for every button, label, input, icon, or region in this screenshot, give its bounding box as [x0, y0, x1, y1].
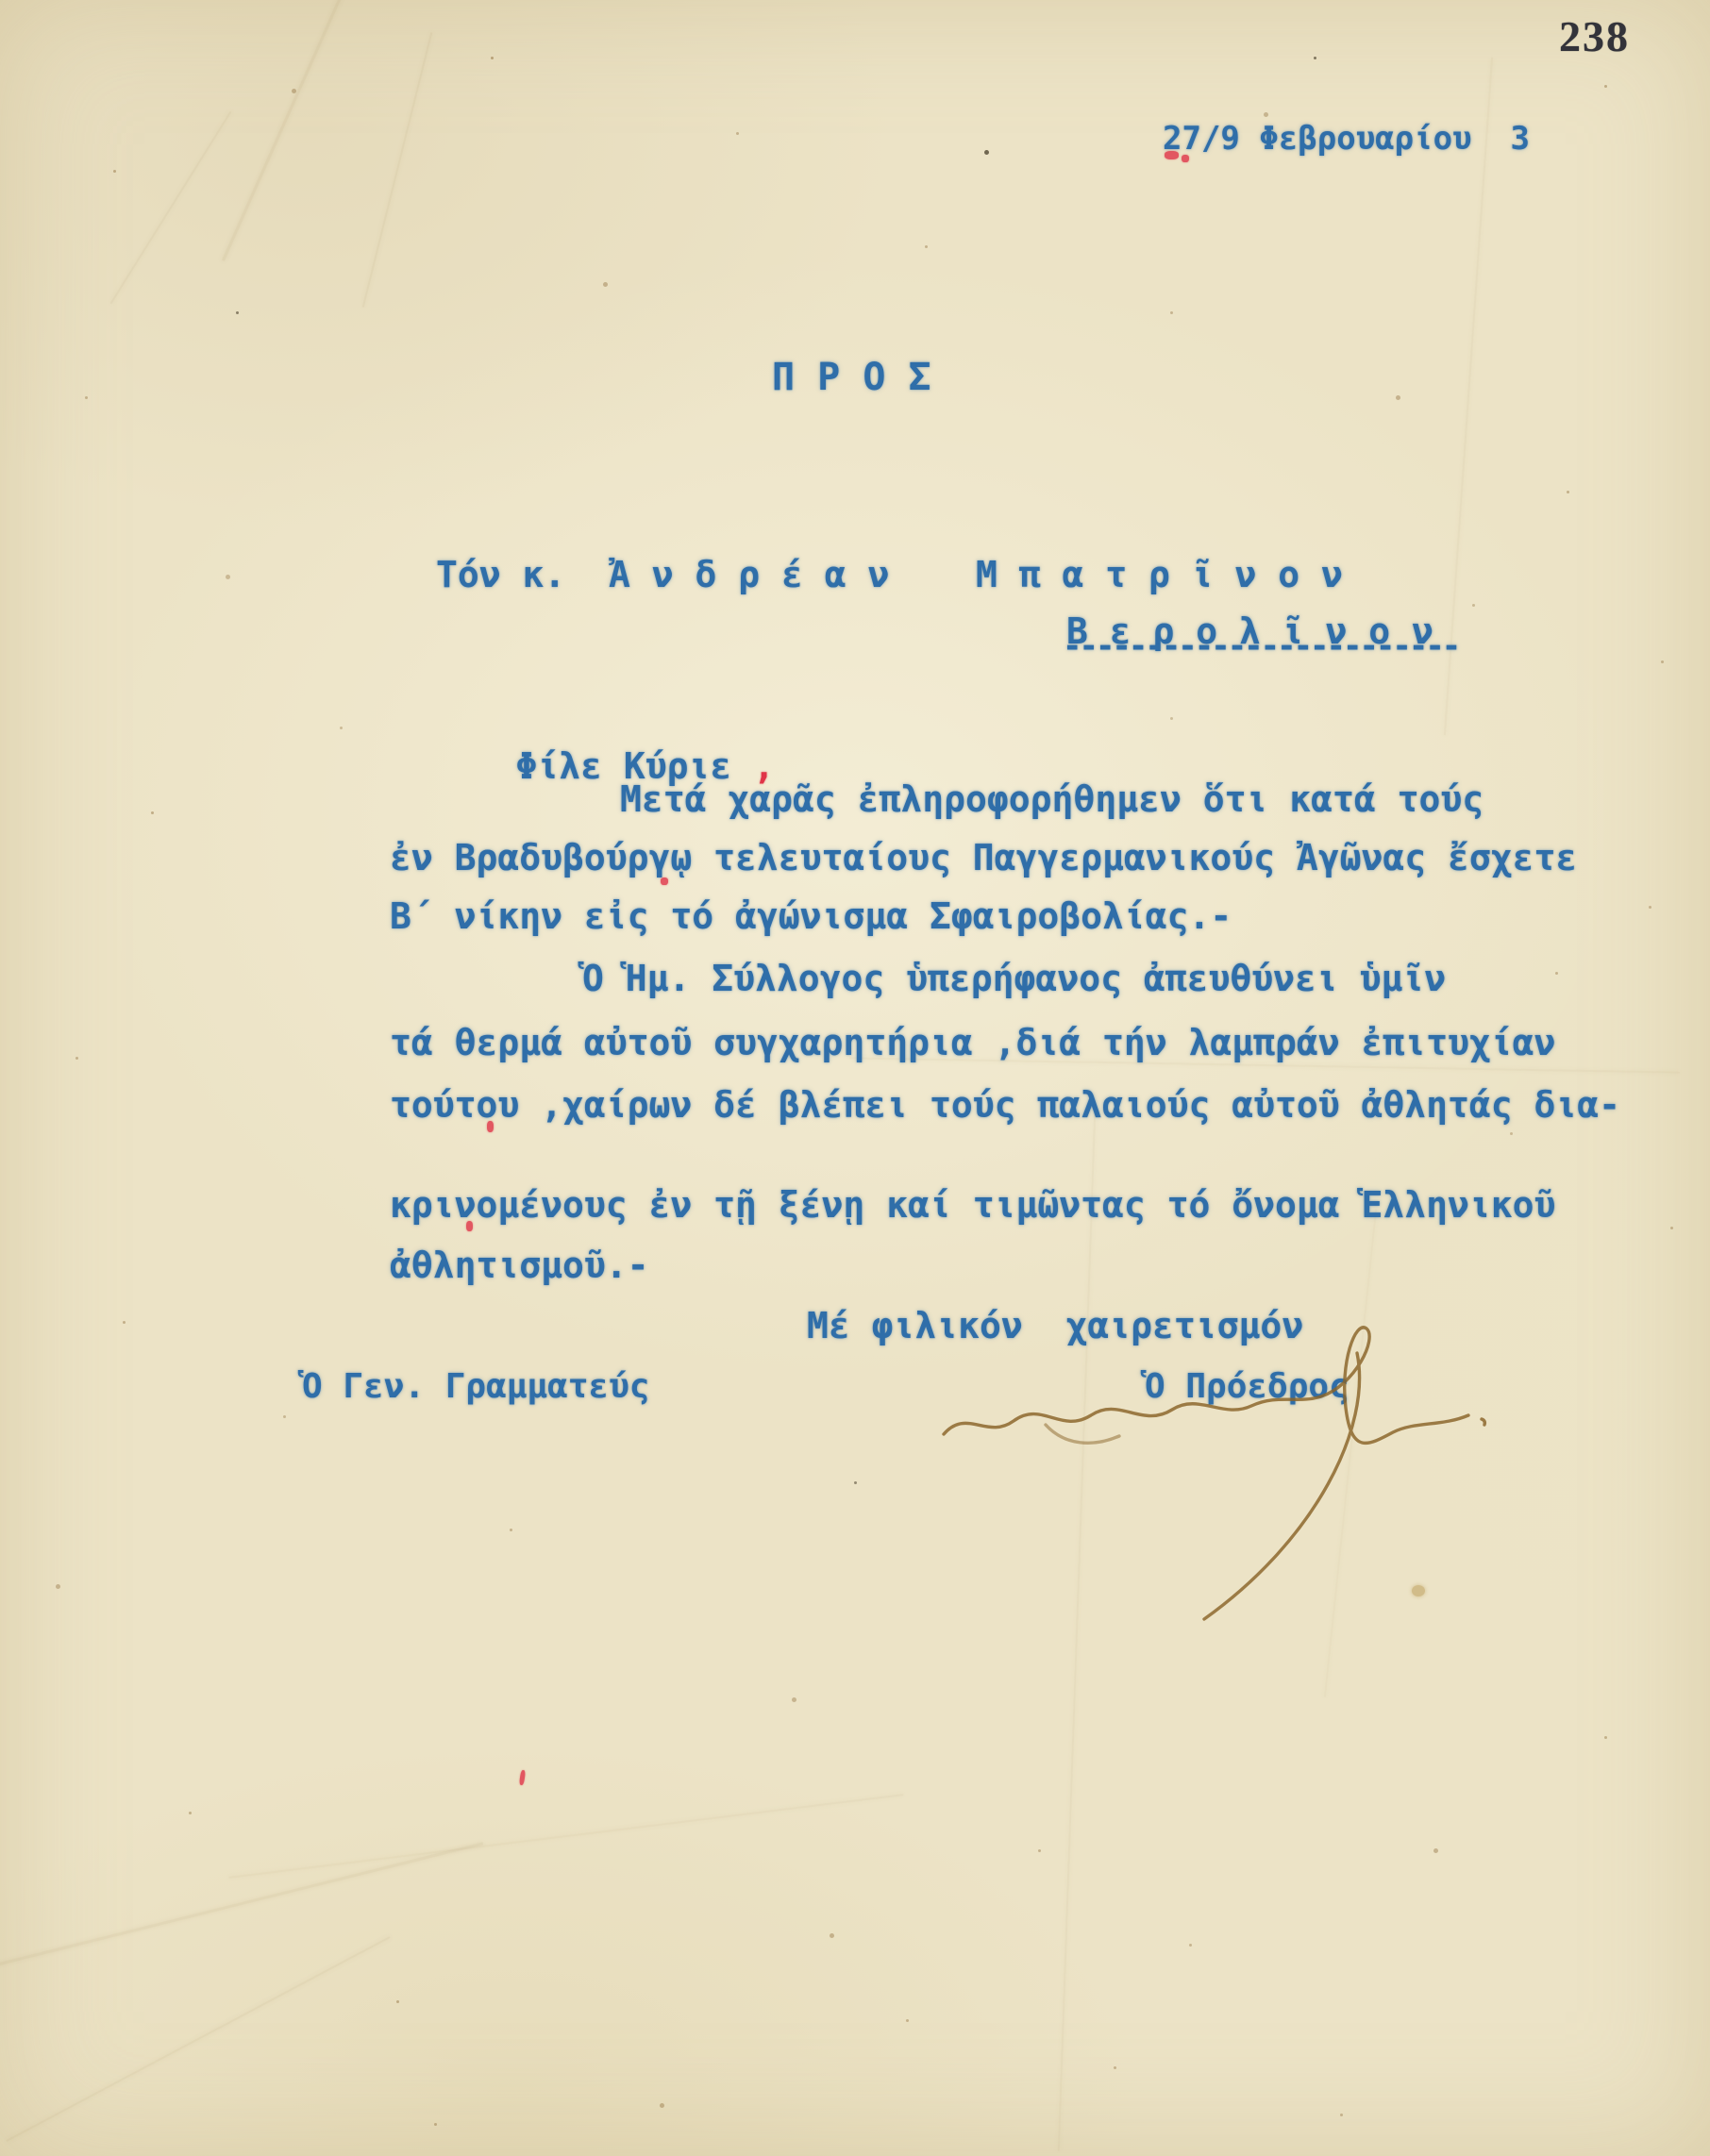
paper-crease	[110, 111, 232, 305]
body-line: τά θερμά αὐτοῦ συγχαρητήρια ,διά τήν λαμ…	[390, 1025, 1555, 1061]
red-ink-mark	[466, 1221, 473, 1231]
letter-heading: Π Ρ Ο Σ	[772, 359, 931, 396]
body-line: Β΄ νίκην εἰς τό ἀγώνισμα Σφαιροβολίας.-	[390, 898, 1232, 934]
paper-crease	[362, 32, 433, 308]
body-line: Ὁ Ἡμ. Σύλλογος ὑπερήφανος ἀπευθύνει ὑμῖν	[582, 961, 1446, 996]
page-number: 238	[1559, 11, 1630, 61]
body-line: τούτου ,χαίρων δέ βλέπει τούς παλαιούς α…	[390, 1087, 1620, 1123]
recipient-name: Τόν κ. Ἀ ν δ ρ έ α ν Μ π α τ ρ ῖ ν ο ν	[436, 557, 1343, 593]
body-line: κρινομένους ἐν τῇ ξένῃ καί τιμῶντας τό ὄ…	[390, 1187, 1555, 1223]
red-ink-mark	[1182, 155, 1189, 162]
recipient-underline: ------------------------	[1063, 630, 1458, 662]
dark-specks	[0, 0, 3, 3]
body-line: ἐν Βραδυβούργῳ τελευταίους Παγγερμανικού…	[390, 840, 1577, 876]
secretary-title: Ὁ Γεν. Γραμματεύς	[302, 1370, 649, 1404]
red-ink-mark	[661, 877, 668, 885]
red-ink-mark	[487, 1121, 494, 1132]
date-line: 27/9 Φεβρουαρίου 3	[1163, 123, 1530, 155]
red-ink-mark	[519, 1770, 526, 1786]
body-line: Μετά χαρᾶς ἐπληροφορήθημεν ὅτι κατά τούς	[620, 781, 1484, 817]
scanned-letter-page: 238 27/9 Φεβρουαρίου 3 Π Ρ Ο Σ Τόν κ. Ἀ …	[0, 0, 1710, 2156]
paper-crease	[6, 1936, 390, 2142]
handwritten-signature	[904, 1313, 1527, 1653]
paper-crease	[0, 1842, 483, 1972]
red-ink-mark	[1165, 151, 1179, 159]
paper-crease	[222, 0, 347, 261]
body-line: ἀθλητισμοῦ.-	[390, 1247, 649, 1283]
paper-crease	[229, 1794, 904, 1879]
